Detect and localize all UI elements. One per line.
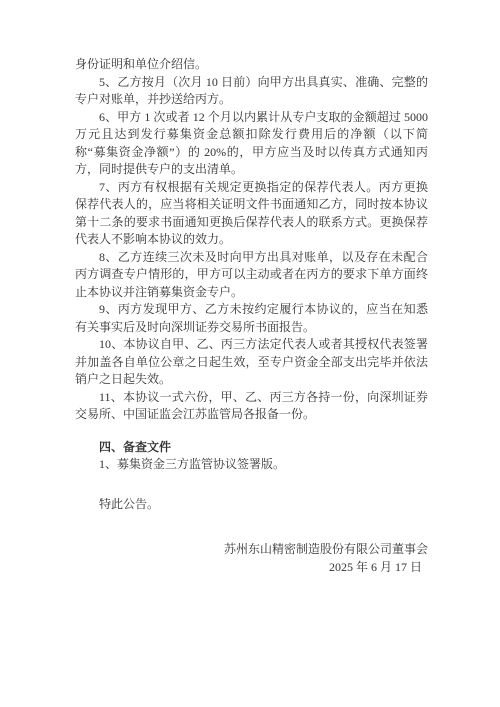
signature-block: 苏州东山精密制造股份有限公司董事会 2025 年 6 月 17 日 xyxy=(75,541,428,576)
body-paragraph: 身份证明和单位介绍信。 xyxy=(75,56,428,74)
section-heading: 四、备查文件 xyxy=(75,439,428,457)
body-paragraph: 7、丙方有权根据有关规定更换指定的保荐代表人。丙方更换保荐代表人的，应当将相关证… xyxy=(75,179,428,249)
body-paragraph: 5、乙方按月（次月 10 日前）向甲方出具真实、准确、完整的专户对账单，并抄送给… xyxy=(75,74,428,109)
body-paragraph: 11、本协议一式六份，甲、乙、丙三方各持一份，向深圳证券交易所、中国证监会江苏监… xyxy=(75,389,428,424)
body-paragraph: 10、本协议自甲、乙、丙三方法定代表人或者其授权代表签署并加盖各自单位公章之日起… xyxy=(75,336,428,389)
section-item: 1、募集资金三方监管协议签署版。 xyxy=(75,456,428,474)
closing-text: 特此公告。 xyxy=(75,496,428,514)
signature-company: 苏州东山精密制造股份有限公司董事会 xyxy=(75,541,428,559)
document-page: 身份证明和单位介绍信。 5、乙方按月（次月 10 日前）向甲方出具真实、准确、完… xyxy=(0,0,500,707)
body-paragraph: 9、丙方发现甲方、乙方未按约定履行本协议的，应当在知悉有关事实后及时向深圳证券交… xyxy=(75,301,428,336)
signature-date: 2025 年 6 月 17 日 xyxy=(75,559,428,577)
body-paragraph: 8、乙方连续三次未及时向甲方出具对账单，以及存在未配合丙方调查专户情形的，甲方可… xyxy=(75,249,428,302)
body-paragraph: 6、甲方 1 次或者 12 个月以内累计从专户支取的金额超过 5000 万元且达… xyxy=(75,109,428,179)
